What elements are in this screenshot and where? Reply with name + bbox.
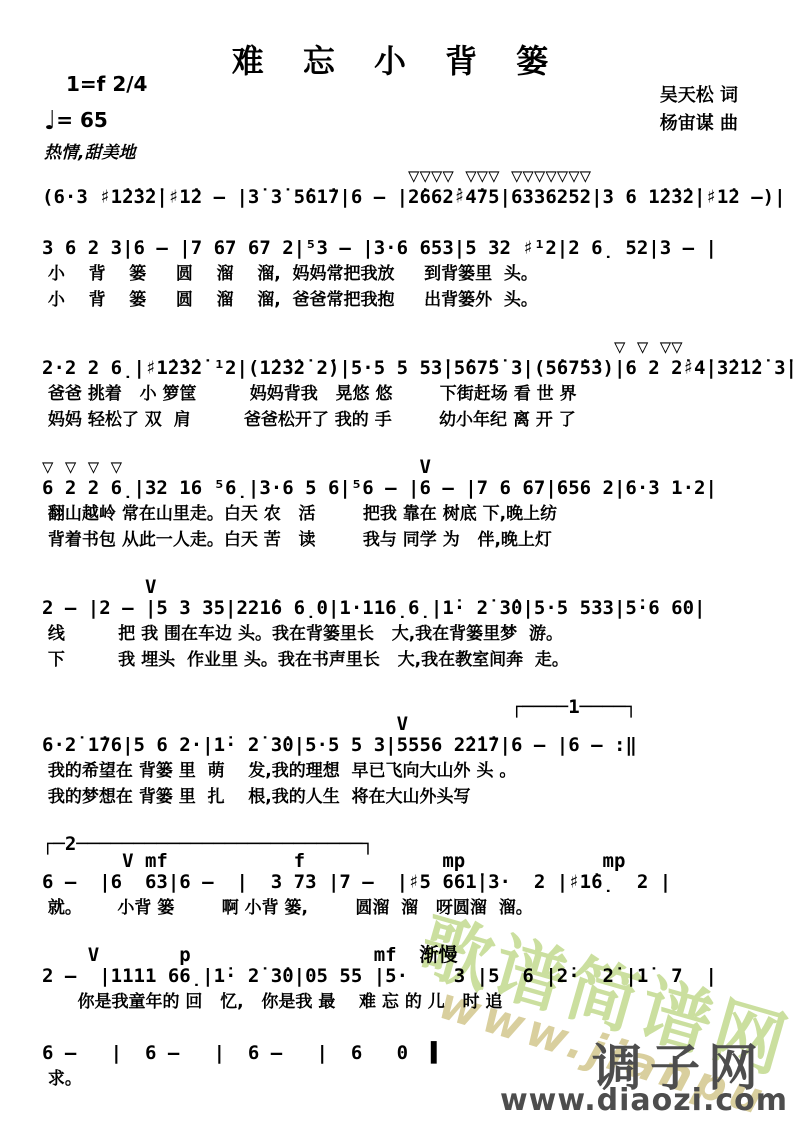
lyric-row: 你是我童年的 回 忆, 你是我 最 难 忘 的 儿 时 追 xyxy=(42,989,794,1015)
lyric-row: 小 背 篓 圆 溜 溜, 妈妈常把我放 到背篓里 头。 xyxy=(42,261,794,287)
credits: 吴天松 词 杨宙谋 曲 xyxy=(660,82,738,138)
dynamics-row: V p mf 渐慢 xyxy=(42,947,794,964)
music-system: V 2 — |2 — |5 3 35|221̇6 6̣0|1·116̣6̣|1̇… xyxy=(42,579,794,673)
lyric-row: 求。 xyxy=(42,1066,794,1092)
music-system: ┌────1────┐ V 6·2̇ 1̇76|5 6 2·|1̇· 2̇ 3̇… xyxy=(42,699,794,810)
lyric-row: 我的希望在 背篓 里 萌 发,我的理想 早已飞向大山外 头 。 xyxy=(42,758,794,784)
lyric-row: 就。 小背 篓 啊 小背 篓, 圆溜 溜 呀圆溜 溜。 xyxy=(42,895,794,921)
lyric-row: 下 我 埋头 作业里 头。我在书声里长 大,我在教室间奔 走。 xyxy=(42,647,794,673)
music-system: 3 6 2 3|6 — |7 67 67 2|⁵3 — |3·6 653|5 3… xyxy=(42,236,794,313)
lyric-row: 翻山越岭 常在山里走。白天 农 活 把我 靠在 树底 下,晚上纺 xyxy=(42,501,794,527)
lyricist-credit: 吴天松 词 xyxy=(660,82,738,110)
notation-row: 6·2̇ 1̇76|5 6 2·|1̇· 2̇ 3̇0|5·5 5 3|5556… xyxy=(42,733,794,758)
key-time-signature: 1=f 2/4 xyxy=(66,72,147,96)
expression-marking: 热情,甜美地 xyxy=(44,138,135,163)
lyric-row: 线 把 我 围在车边 头。我在背篓里长 大,我在背篓里梦 游。 xyxy=(42,621,794,647)
music-system: 6 — | 6 — | 6 — | 6 0 ▌ 求。 xyxy=(42,1041,794,1092)
sheet-header: 难 忘 小 背 篓 1=f 2/4 ♩= 65 热情,甜美地 吴天松 词 杨宙谋… xyxy=(0,0,794,168)
breath-mark-row: V xyxy=(42,579,794,596)
tempo-value: = 65 xyxy=(56,108,108,132)
notation-row: 3 6 2 3|6 — |7 67 67 2|⁵3 — |3·6 653|5 3… xyxy=(42,236,794,261)
lyric-row: 爸爸 挑着 小 箩筐 妈妈背我 晃悠 悠 下街赶场 看 世 界 xyxy=(42,381,794,407)
sheet-music-page: 歌谱简谱网 www.jianpu 调子网 www.diaozi.com 难 忘 … xyxy=(0,0,794,1123)
lyric-row: 小 背 篓 圆 溜 溜, 爸爸常把我抱 出背篓外 头。 xyxy=(42,287,794,313)
lyric-row: 背着书包 从此一人走。白天 苦 读 我与 同学 为 伴,晚上灯 xyxy=(42,527,794,553)
music-system: ▽▽▽▽ ▽▽▽ ▽▽▽▽▽▽▽ (6·3 ♯1̇2̇3̇2̇|♯1̇2 — |… xyxy=(42,168,794,210)
music-system: ▽ ▽ ▽ ▽ V 6 2 2 6̣|32 16 ⁵6̣|3·6 5 6|⁵6 … xyxy=(42,459,794,553)
lyric-row: 我的梦想在 背篓 里 扎 根,我的人生 将在大山外头写 xyxy=(42,784,794,810)
lyric-row: 妈妈 轻松了 双 肩 爸爸松开了 我的 手 幼小年纪 离 开 了 xyxy=(42,407,794,433)
music-system: ┌─2─────────────────────────┐ V mf f mp … xyxy=(42,836,794,921)
dynamics-row: V mf f mp mp xyxy=(42,853,794,870)
notation-row: 6 2 2 6̣|32 16 ⁵6̣|3·6 5 6|⁵6 — |6 — |7 … xyxy=(42,476,794,501)
notation-row: 2·2 2 6̣|♯1̇2̇3̇2̇ ¹2|(1̇2̇3̇2̇ 2̇)|5·5 … xyxy=(42,356,794,381)
breath-mark-row: V xyxy=(42,716,794,733)
ornament-row: ▽ ▽ ▽ ▽ V xyxy=(42,459,794,476)
tempo-marking: ♩= 65 xyxy=(44,106,108,136)
notation-row: (6·3 ♯1̇2̇3̇2̇|♯1̇2 — |3̇ 3̇ 5̇61̇7|6 — … xyxy=(42,185,794,210)
notation-row: 2 — |1111 66̣|1̇· 2̇ 3̇0|05 55 |5· 3 |5 … xyxy=(42,964,794,989)
music-system: V p mf 渐慢 2 — |1111 66̣|1̇· 2̇ 3̇0|05 55… xyxy=(42,947,794,1015)
notation-row: 6 — |6 63|6 — | 3 73 |7 — |♯5 661̇|3· 2 … xyxy=(42,870,794,895)
ornament-row: ▽▽▽▽ ▽▽▽ ▽▽▽▽▽▽▽ xyxy=(42,168,794,185)
notation-row: 6 — | 6 — | 6 — | 6 0 ▌ xyxy=(42,1041,794,1066)
ornament-row: ▽ ▽ ▽▽ xyxy=(42,339,794,356)
notation-row: 2 — |2 — |5 3 35|221̇6 6̣0|1·116̣6̣|1̇· … xyxy=(42,596,794,621)
music-system: ▽ ▽ ▽▽ 2·2 2 6̣|♯1̇2̇3̇2̇ ¹2|(1̇2̇3̇2̇ 2… xyxy=(42,339,794,433)
quarter-note-icon: ♩ xyxy=(44,106,56,136)
notation-systems: ▽▽▽▽ ▽▽▽ ▽▽▽▽▽▽▽ (6·3 ♯1̇2̇3̇2̇|♯1̇2 — |… xyxy=(0,168,794,1092)
composer-credit: 杨宙谋 曲 xyxy=(660,110,738,138)
